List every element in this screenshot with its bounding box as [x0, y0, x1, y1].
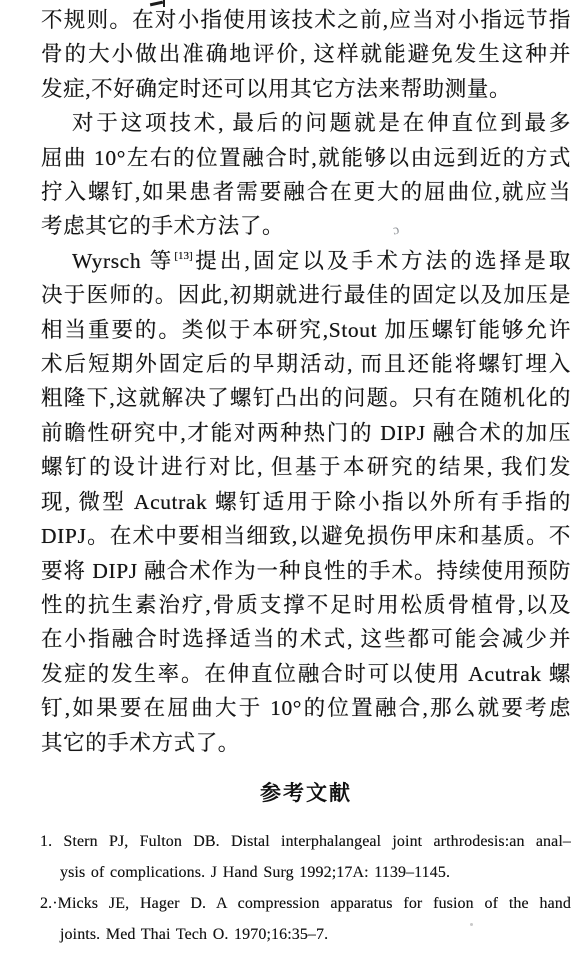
body-line: 术后短期外固定后的早期活动, 而且还能将螺钉埋入: [41, 347, 571, 381]
body-line: 不规则。在对小指使用该技术之前,应当对小指远节指: [41, 3, 571, 37]
body-line: 骨的大小做出准确地评价, 这样就能避免发生这种并: [41, 37, 571, 71]
body-line: 决于医师的。因此,初期就进行最佳的固定以及加压是: [41, 278, 571, 312]
reference-line: 2.·Micks JE, Hager D. A compression appa…: [40, 888, 571, 919]
body-line: 屈曲 10°左右的位置融合时,就能够以由远到近的方式: [41, 141, 571, 175]
body-line: 螺钉的设计进行对比, 但基于本研究的结果, 我们发: [41, 450, 571, 484]
article-body: 不规则。在对小指使用该技术之前,应当对小指远节指 骨的大小做出准确地评价, 这样…: [41, 3, 571, 760]
body-text-run: Wyrsch 等: [72, 249, 174, 273]
scan-artifact: [470, 923, 473, 926]
citation-superscript: [13]: [174, 250, 192, 262]
references-heading: 参考文献: [41, 779, 571, 809]
body-line: 考虑其它的手术方法了。: [41, 209, 571, 243]
body-line: DIPJ。在术中要相当细致,以避免损伤甲床和基质。不: [41, 519, 571, 553]
body-line: 对于这项技术, 最后的问题就是在伸直位到最多: [41, 106, 571, 140]
body-line: 发症,不好确定时还可以用其它方法来帮助测量。: [41, 72, 571, 106]
reference-line: 1. Stern PJ, Fulton DB. Distal interphal…: [40, 826, 571, 857]
reference-line: joints. Med Thai Tech O. 1970;16:35–7.: [40, 919, 571, 950]
paragraph: Wyrsch 等[13]提出,固定以及手术方法的选择是取 决于医师的。因此,初期…: [41, 244, 571, 760]
scan-artifact: [163, 0, 165, 7]
body-line: 现, 微型 Acutrak 螺钉适用于除小指以外所有手指的: [41, 485, 571, 519]
body-text-run: 提出,固定以及手术方法的选择是取: [193, 249, 571, 273]
body-line: 要将 DIPJ 融合术作为一种良性的手术。持续使用预防: [41, 554, 571, 588]
body-line: Wyrsch 等[13]提出,固定以及手术方法的选择是取: [41, 244, 571, 278]
body-line: 发症的发生率。在伸直位融合时可以使用 Acutrak 螺: [41, 657, 571, 691]
references-list: 1. Stern PJ, Fulton DB. Distal interphal…: [40, 826, 571, 950]
body-line: 性的抗生素治疗,骨质支撑不足时用松质骨植骨,以及: [41, 588, 571, 622]
paragraph: 对于这项技术, 最后的问题就是在伸直位到最多 屈曲 10°左右的位置融合时,就能…: [41, 106, 571, 244]
body-line: 前瞻性研究中,才能对两种热门的 DIPJ 融合术的加压: [41, 416, 571, 450]
body-line: 相当重要的。类似于本研究,Stout 加压螺钉能够允许: [41, 313, 571, 347]
paragraph: 不规则。在对小指使用该技术之前,应当对小指远节指 骨的大小做出准确地评价, 这样…: [41, 3, 571, 106]
body-line: 在小指融合时选择适当的术式, 这些都可能会减少并: [41, 622, 571, 656]
body-line: 其它的手术方式了。: [41, 726, 571, 760]
reference-line: ysis of complications. J Hand Surg 1992;…: [40, 857, 571, 888]
body-line: 拧入螺钉,如果患者需要融合在更大的屈曲位,就应当: [41, 175, 571, 209]
body-line: 粗隆下,这就解决了螺钉凸出的问题。只有在随机化的: [41, 381, 571, 415]
body-line: 钉,如果要在屈曲大于 10°的位置融合,那么就要考虑: [41, 691, 571, 725]
scanned-paper-page: 不规则。在对小指使用该技术之前,应当对小指远节指 骨的大小做出准确地评价, 这样…: [0, 0, 580, 975]
